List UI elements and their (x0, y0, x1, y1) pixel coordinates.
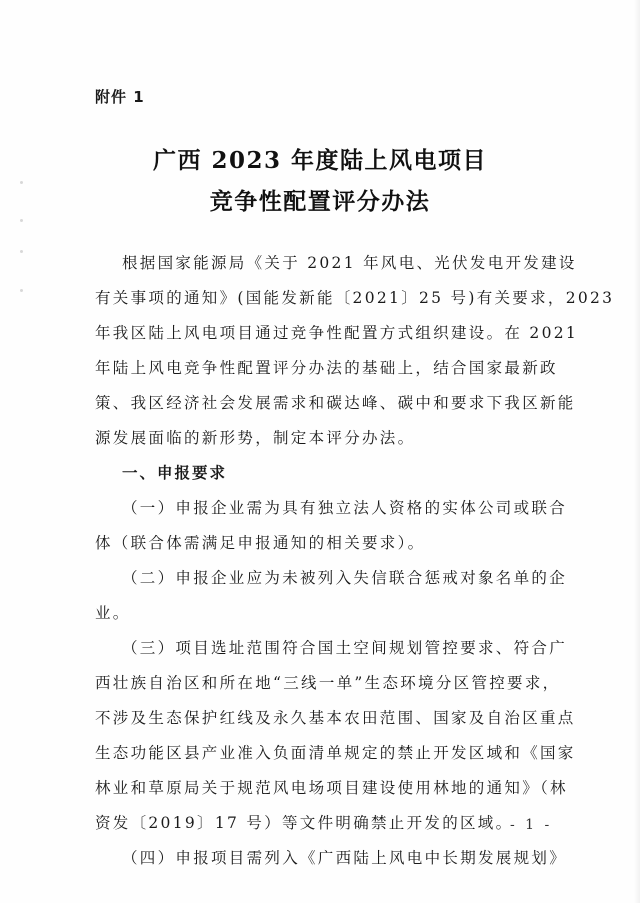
page-number: - 1 - (510, 817, 552, 833)
body-line: 有关事项的通知》(国能发新能〔2021〕25 号)有关要求，2023 (95, 281, 557, 316)
page-edge (634, 0, 640, 903)
body-line: 体（联合体需满足申报通知的相关要求）。 (95, 526, 557, 561)
margin-mark (20, 250, 23, 253)
document-page: 附件 1 广西 2023 年度陆上风电项目 竞争性配置评分办法 根据国家能源局《… (0, 0, 640, 903)
body-line: （二）申报企业应为未被列入失信联合惩戒对象名单的企 (95, 561, 557, 596)
body-line: 年我区陆上风电项目通过竞争性配置方式组织建设。在 2021 (95, 316, 557, 351)
body-line: 生态功能区县产业准入负面清单规定的禁止开发区域和《国家 (95, 736, 557, 771)
body-line: 根据国家能源局《关于 2021 年风电、光伏发电开发建设 (95, 246, 557, 281)
margin-mark (20, 219, 23, 222)
margin-mark (20, 289, 23, 292)
body-line: 资发〔2019〕17 号）等文件明确禁止开发的区域。 (95, 806, 557, 841)
attachment-label: 附件 1 (95, 86, 145, 107)
section-heading: 一、申报要求 (95, 456, 557, 491)
document-title-line-1: 广西 2023 年度陆上风电项目 (0, 142, 640, 175)
document-title-line-2: 竞争性配置评分办法 (0, 183, 640, 216)
document-body: 根据国家能源局《关于 2021 年风电、光伏发电开发建设 有关事项的通知》(国能… (95, 246, 557, 876)
body-line: 源发展面临的新形势，制定本评分办法。 (95, 421, 557, 456)
body-line: 策、我区经济社会发展需求和碳达峰、碳中和要求下我区新能 (95, 386, 557, 421)
body-line: （一）申报企业需为具有独立法人资格的实体公司或联合 (95, 491, 557, 526)
body-line: 不涉及生态保护红线及永久基本农田范围、国家及自治区重点 (95, 701, 557, 736)
body-line: （四）申报项目需列入《广西陆上风电中长期发展规划》 (95, 841, 557, 876)
body-line: 林业和草原局关于规范风电场项目建设使用林地的通知》（林 (95, 771, 557, 806)
body-line: 年陆上风电竞争性配置评分办法的基础上，结合国家最新政 (95, 351, 557, 386)
body-line: 西壮族自治区和所在地“三线一单”生态环境分区管控要求， (95, 666, 557, 701)
body-line: 业。 (95, 596, 557, 631)
body-line: （三）项目选址范围符合国土空间规划管控要求、符合广 (95, 631, 557, 666)
